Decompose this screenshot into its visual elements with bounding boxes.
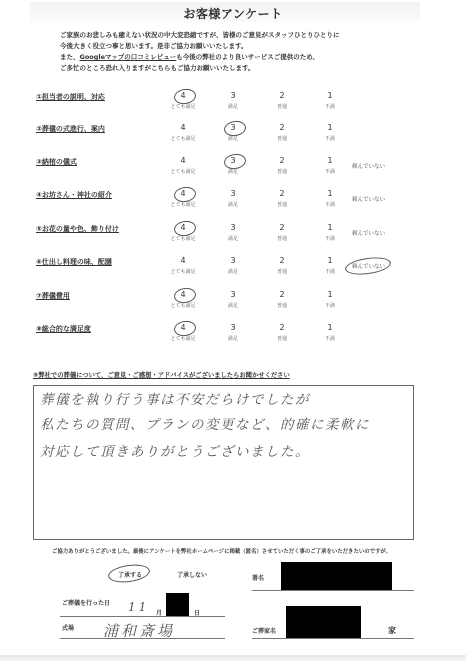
rating-label: 普通	[262, 302, 302, 310]
rating-option-2[interactable]: 2普通	[262, 256, 302, 276]
not-requested-option[interactable]: 頼んでいない	[352, 195, 385, 203]
rating-label: 不満	[310, 268, 350, 276]
rating-label: 普通	[262, 335, 302, 343]
signature-line	[252, 590, 414, 591]
intro-line-4: ご多忙のところ恐れ入りますがこちらもご協力お願いいたします。	[60, 63, 440, 74]
rating-label: 満足	[213, 103, 253, 111]
rating-number: 1	[310, 123, 350, 133]
rating-number: 2	[262, 223, 302, 233]
rating-option-1[interactable]: 1不満	[310, 223, 350, 243]
rating-label: 不満	[310, 302, 350, 310]
rating-label: 満足	[213, 268, 253, 276]
rating-option-2[interactable]: 2普通	[262, 156, 302, 176]
comment-line-1: 葬儀を執り行う事は不安だらけでしたが	[40, 388, 310, 408]
rating-number: 3	[213, 189, 253, 199]
day-redacted	[166, 593, 189, 616]
rating-label: 不満	[310, 201, 350, 209]
rating-option-1[interactable]: 1不満	[310, 123, 350, 143]
rating-number: 1	[310, 223, 350, 233]
rating-label: とても満足	[163, 168, 203, 176]
rating-label: とても満足	[163, 135, 203, 143]
rating-number: 2	[262, 156, 302, 166]
rating-number: 3	[213, 256, 253, 266]
rating-label: 満足	[213, 335, 253, 343]
rating-number: 1	[310, 290, 350, 300]
question-label: ⑥仕出し料理の味、配膳	[36, 257, 112, 267]
date-line	[60, 616, 225, 617]
signature-label: 署名	[252, 573, 264, 582]
consent-disagree-option[interactable]: 了承しない	[177, 570, 207, 579]
rating-number: 2	[262, 123, 302, 133]
rating-label: 不満	[310, 135, 350, 143]
intro-line-2: 今後大きく役立つ事と思います。是非ご協力お願いいたします。	[60, 41, 440, 52]
question-label: ⑧総合的な満足度	[36, 324, 91, 334]
rating-option-2[interactable]: 2普通	[262, 223, 302, 243]
rating-label: 満足	[213, 235, 253, 243]
rating-number: 4	[163, 156, 203, 166]
rating-label: 普通	[262, 268, 302, 276]
page-bottom-edge	[0, 655, 466, 661]
rating-option-1[interactable]: 1不満	[310, 189, 350, 209]
question-label: ①担当者の説明、対応	[36, 92, 105, 102]
rating-option-3[interactable]: 3満足	[213, 323, 253, 343]
rating-option-3[interactable]: 3満足	[213, 290, 253, 310]
rating-option-4[interactable]: 4とても満足	[163, 123, 203, 143]
venue-label: 式場	[62, 623, 74, 632]
comments-box[interactable]	[33, 385, 414, 540]
family-name-line	[252, 638, 414, 639]
rating-option-4[interactable]: 4とても満足	[163, 156, 203, 176]
rating-label: 普通	[262, 168, 302, 176]
rating-label: とても満足	[163, 268, 203, 276]
rating-option-4[interactable]: 4とても満足	[163, 256, 203, 276]
google-review-link[interactable]: Googleマップの口コミレビュー	[80, 53, 177, 61]
rating-number: 2	[262, 91, 302, 101]
rating-option-3[interactable]: 3満足	[213, 256, 253, 276]
comment-line-2: 私たちの質問、プランの変更など、的確に柔軟に	[40, 413, 370, 433]
selected-circle-mark	[344, 255, 392, 277]
rating-label: 満足	[213, 302, 253, 310]
rating-number: 1	[310, 91, 350, 101]
rating-label: 満足	[213, 201, 253, 209]
rating-option-2[interactable]: 2普通	[262, 123, 302, 143]
signature-redacted	[281, 562, 392, 590]
intro-line-1: ご家族のお悲しみも癒えない状況の中大変恐縮ですが、皆様のご意見がスタッフひとりひ…	[60, 30, 440, 41]
family-name-redacted	[286, 606, 361, 639]
question-label: ⑤お花の量や色、飾り付け	[36, 224, 119, 234]
rating-option-1[interactable]: 1不満	[310, 156, 350, 176]
rating-number: 2	[262, 189, 302, 199]
rating-label: 普通	[262, 235, 302, 243]
rating-option-2[interactable]: 2普通	[262, 91, 302, 111]
rating-number: 3	[213, 91, 253, 101]
rating-option-2[interactable]: 2普通	[262, 290, 302, 310]
rating-label: 普通	[262, 103, 302, 111]
intro-line-3: また、Googleマップの口コミレビューも今後の弊社のより良いサービスご提供のた…	[60, 52, 440, 63]
rating-option-2[interactable]: 2普通	[262, 323, 302, 343]
rating-label: 不満	[310, 168, 350, 176]
rating-option-3[interactable]: 3満足	[213, 189, 253, 209]
page-title: お客様アンケート	[0, 5, 466, 22]
rating-number: 1	[310, 189, 350, 199]
rating-option-1[interactable]: 1不満	[310, 323, 350, 343]
family-suffix: 家	[388, 625, 396, 636]
comment-line-3: 対応して頂きありがとうございました。	[40, 440, 310, 460]
rating-option-2[interactable]: 2普通	[262, 189, 302, 209]
not-requested-option[interactable]: 頼んでいない	[352, 162, 385, 170]
family-name-label: ご葬家名	[252, 626, 276, 635]
date-label: ご葬儀を行った日	[62, 598, 110, 607]
selected-circle-mark	[107, 562, 151, 585]
rating-number: 1	[310, 323, 350, 333]
rating-number: 1	[310, 256, 350, 266]
rating-option-1[interactable]: 1不満	[310, 256, 350, 276]
question-label: ⑦葬儀費用	[36, 291, 70, 301]
month-value[interactable]: 11	[128, 600, 149, 614]
rating-option-3[interactable]: 3満足	[213, 91, 253, 111]
rating-number: 2	[262, 256, 302, 266]
rating-number: 1	[310, 156, 350, 166]
consent-text: ご協力ありがとうございました。最後にアンケートを弊社ホームページに掲載（匿名）さ…	[52, 547, 391, 555]
rating-option-1[interactable]: 1不満	[310, 290, 350, 310]
comments-label: ⑨弊社での葬儀について、ご意見・ご感想・アドバイスがございましたらお聞かせくださ…	[33, 370, 290, 379]
question-label: ③納棺の儀式	[36, 157, 77, 167]
venue-line	[60, 638, 225, 639]
rating-number: 3	[213, 223, 253, 233]
rating-number: 4	[163, 123, 203, 133]
rating-label: 不満	[310, 103, 350, 111]
rating-number: 2	[262, 290, 302, 300]
question-label: ④お坊さん・神社の紹介	[36, 190, 112, 200]
rating-option-1[interactable]: 1不満	[310, 91, 350, 111]
rating-option-3[interactable]: 3満足	[213, 223, 253, 243]
rating-label: 普通	[262, 201, 302, 209]
rating-label: 普通	[262, 135, 302, 143]
question-label: ②葬儀の式進行、案内	[36, 124, 105, 134]
rating-number: 4	[163, 256, 203, 266]
rating-number: 3	[213, 290, 253, 300]
intro-text: ご家族のお悲しみも癒えない状況の中大変恐縮ですが、皆様のご意見がスタッフひとりひ…	[60, 30, 440, 74]
intro-line-3-pre: また、	[60, 53, 80, 61]
not-requested-option[interactable]: 頼んでいない	[352, 229, 385, 237]
rating-label: 不満	[310, 235, 350, 243]
intro-line-3-post: も今後の弊社のより良いサービスご提供のため、	[176, 53, 319, 61]
rating-number: 3	[213, 323, 253, 333]
rating-number: 2	[262, 323, 302, 333]
rating-label: 不満	[310, 335, 350, 343]
